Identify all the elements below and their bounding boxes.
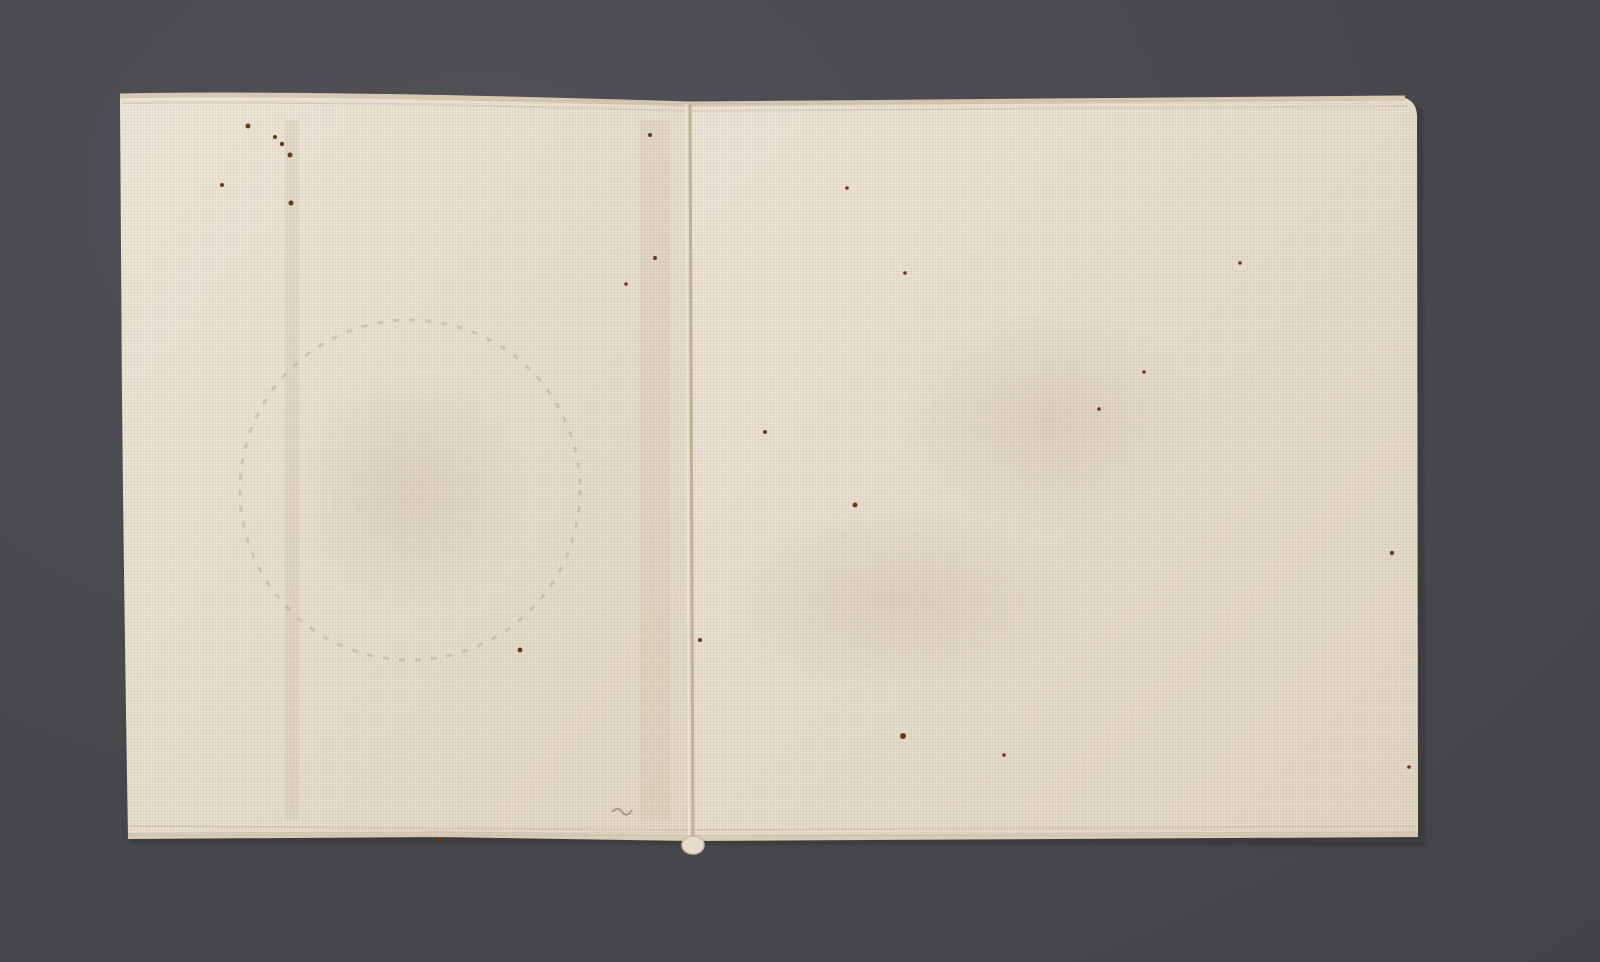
armband <box>0 0 1600 962</box>
seam-knot <box>682 836 704 854</box>
photo-scene <box>0 0 1600 962</box>
